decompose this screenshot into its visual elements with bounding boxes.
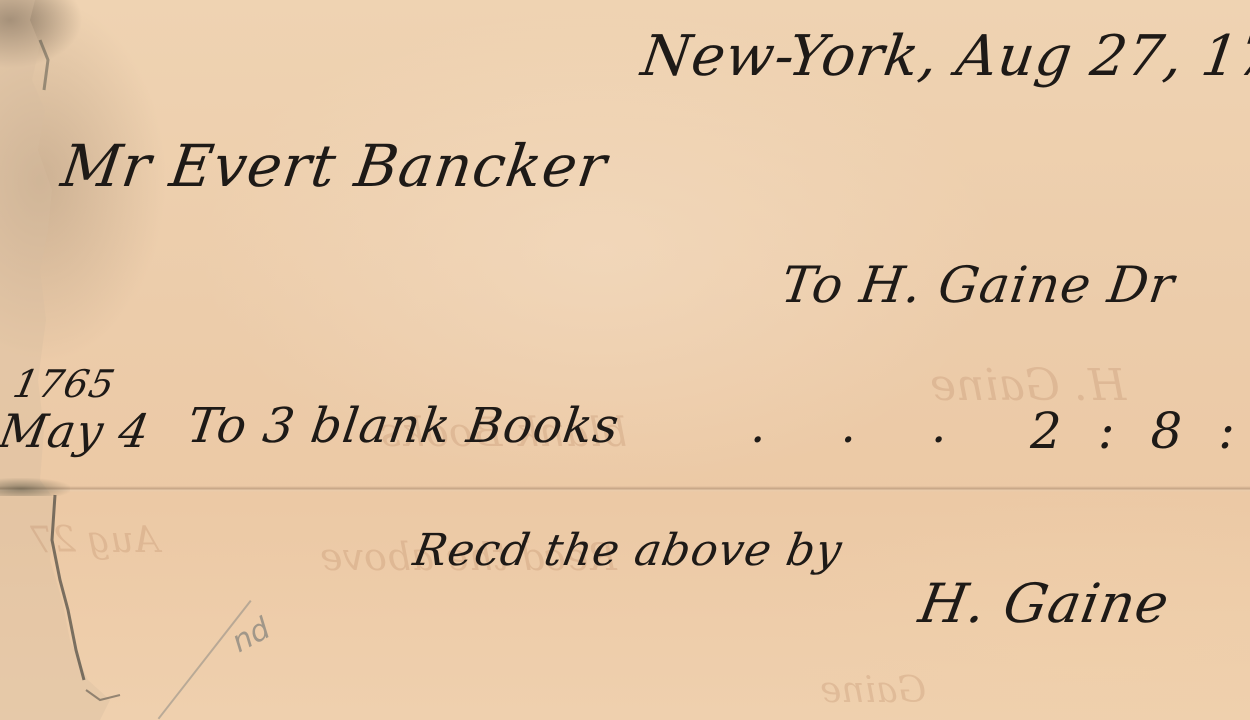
entry-leader-dots: . . . xyxy=(750,398,976,454)
entry-amount: 2 : 8 : 0 xyxy=(1030,402,1250,460)
document-page: H. Gaine blank Books Aug 27 Recd the abo… xyxy=(0,0,1250,720)
place-and-date: New-York, Aug 27, 1765 xyxy=(637,24,1250,89)
pencil-stroke xyxy=(158,600,252,719)
entry-date: May 4 xyxy=(0,404,154,458)
fold-crease xyxy=(0,486,1250,492)
signature: H. Gaine xyxy=(914,572,1174,635)
receipt-line: Recd the above by xyxy=(410,525,847,576)
bleed-through-mark: Aug 27 xyxy=(30,520,159,561)
fold-stain xyxy=(0,478,70,496)
entry-description: To 3 blank Books xyxy=(184,398,623,454)
pencil-annotation: nd xyxy=(226,611,276,660)
bleed-through-mark: Gaine xyxy=(820,670,926,711)
addressee: Mr Evert Bancker xyxy=(57,132,611,200)
torn-left-edge xyxy=(0,0,140,720)
entry-year: 1765 xyxy=(9,362,119,406)
creditor-line: To H. Gaine Dr xyxy=(778,256,1178,314)
